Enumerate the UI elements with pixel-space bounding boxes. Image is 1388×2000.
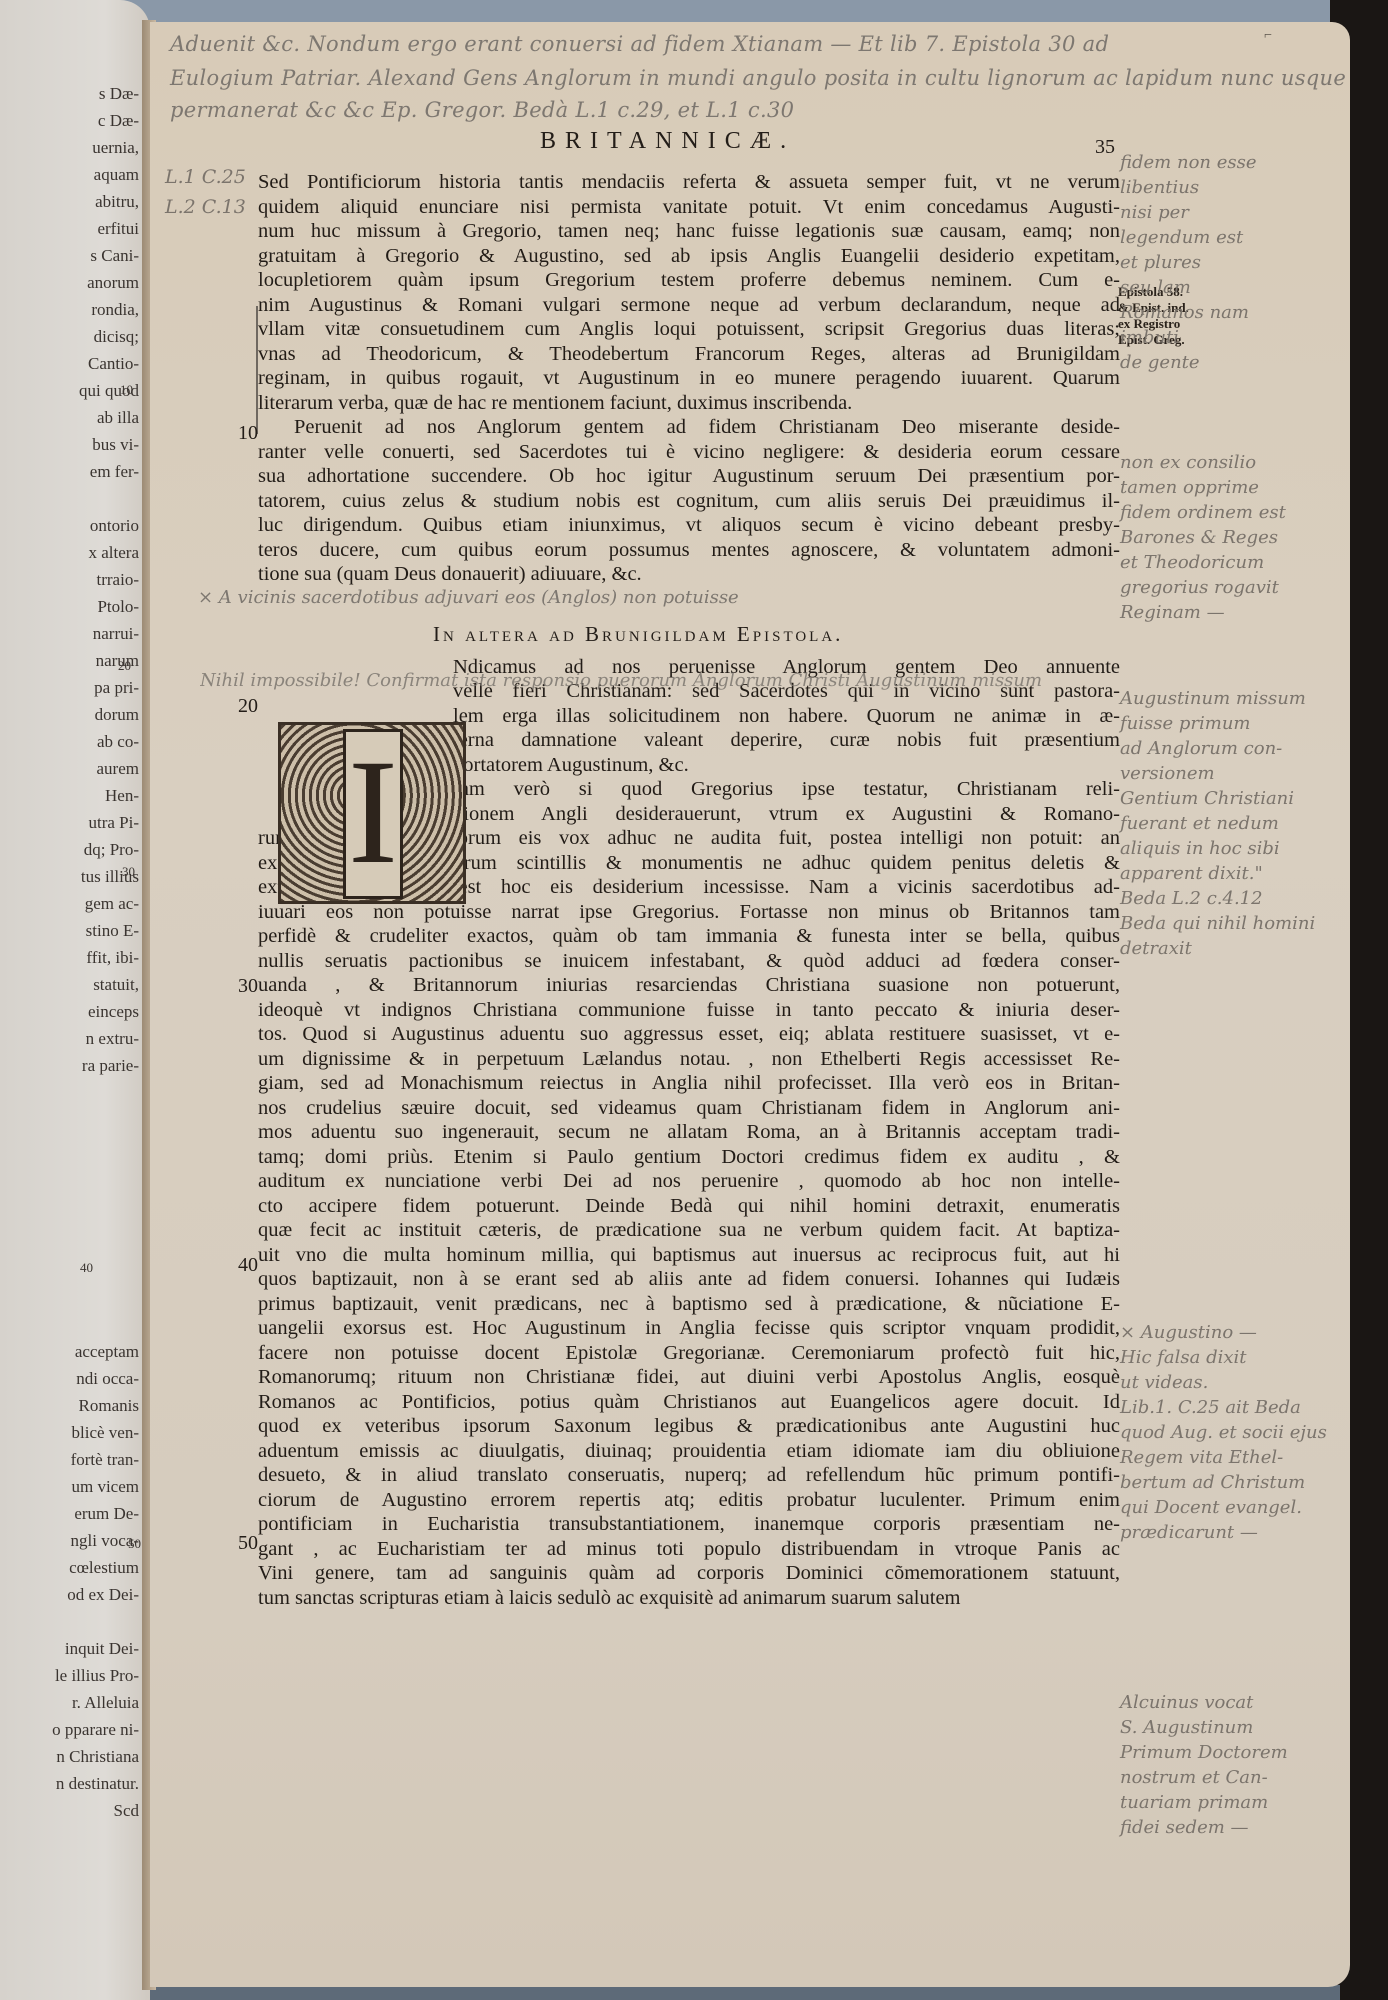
text-line: gem ac- [0,890,145,917]
text-line: reginam, in quibus rogauit, vt Augustinu… [258,366,1120,391]
text-line: S. Augustinum [1120,1715,1288,1740]
text-line: fortè tran- [0,1446,145,1473]
text-line: qui Docent evangel. [1120,1495,1327,1520]
text-line: Romanorumq; rituum non Christianæ fidei,… [258,1365,1120,1390]
text-line: anorum [0,269,145,296]
text-line: sua adhortatione succendere. Ob hoc igit… [258,464,1120,489]
text-line: tamen opprime [1120,475,1286,500]
text-line: acceptam [0,1338,145,1365]
text-line: prædicarunt — [1120,1520,1327,1545]
text-line: luc dirigendum. Quibus etiam iniunximus,… [258,513,1120,538]
text-line: n Christiana [0,1743,145,1770]
left-facing-page: s Dæ-c Dæ-uernia,aquamabitru,erfituis Ca… [0,0,150,2000]
text-line: tum sanctas scripturas etiam à laicis se… [258,1586,1120,1611]
left-page-text-bottom: acceptamndi occa-Romanisblicè ven-fortè … [0,1338,145,1824]
text-line: seu lam [1120,275,1257,300]
text-line: nos crudelius sæuire docuit, sed videamu… [258,1096,1120,1121]
text-line: dicisq; [0,323,145,350]
text-line: Romanis [0,1392,145,1419]
scan-background-top [0,0,1330,24]
line-number: 30 [238,975,258,998]
text-line: nim Augustinus & Romani vulgari sermone … [258,293,1120,318]
text-line: fuisse primum [1120,711,1315,736]
handwritten-right-margin-3: Augustinum missumfuisse primumad Angloru… [1120,686,1315,961]
text-line: dq; Pro- [0,836,145,863]
text-line: statuit, [0,971,145,998]
text-line: narrui- [0,620,145,647]
text-line: trraio- [0,566,145,593]
text-line: perfidè & crudeliter exactos, quàm ob ta… [258,924,1120,949]
text-line: ndi occa- [0,1365,145,1392]
text-line: tos. Quod si Augustinus aduentu suo aggr… [258,1022,1120,1047]
text-line: quæ fecit ac instituit cæteris, de prædi… [258,1218,1120,1243]
line-number: 20 [238,695,258,718]
text-line: aquam [0,161,145,188]
text-line: c Dæ- [0,107,145,134]
text-line: uernia, [0,134,145,161]
text-line: cto accipere fidem potuerunt. Deinde Bed… [258,1194,1120,1219]
text-line: Regem vita Ethel- [1120,1445,1327,1470]
text-line: libentius [1120,175,1257,200]
text-line: aduentum emissis ac diuulgatis, diuinaq;… [258,1439,1120,1464]
text-line: Romanos nam [1120,300,1257,325]
text-line: nisi per [1120,200,1257,225]
text-line: ut videas. [1120,1370,1327,1395]
text-line: nostrum et Can- [1120,1765,1288,1790]
text-line: quod ex veteribus ipsorum Saxonum legibu… [258,1414,1120,1439]
left-line-number: 10 [120,382,133,398]
handwritten-right-margin-5: Alcuinus vocatS. AugustinumPrimum Doctor… [1120,1690,1288,1840]
text-line: Scd [0,1797,145,1824]
text-line: teros ducere, cum quibus eorum possumus … [258,538,1120,563]
text-line: uanda , & Britannorum iniurias resarcien… [258,973,1120,998]
text-line: versionem [1120,761,1315,786]
text-line: ngli voca- [0,1527,145,1554]
text-line: uangelii exorsus est. Hoc Augustinum in … [258,1316,1120,1341]
text-line: nullis seruatis pactionibus se inuicem i… [258,949,1120,974]
text-line: Hen- [0,782,145,809]
text-line: Ptolo- [0,593,145,620]
handwritten-right-margin-2: non ex consiliotamen opprimefidem ordine… [1120,450,1286,625]
text-line: literarum verba, quæ de hac re mentionem… [258,391,1120,416]
handwritten-note-top-line-2: Eulogium Patriar. Alexand Gens Anglorum … [170,66,1346,90]
text-line: legendum est [1120,225,1257,250]
text-line: erfitui [0,215,145,242]
text-line: ontorio [0,512,145,539]
left-line-number: 30 [122,864,135,880]
text-line: utra Pi- [0,809,145,836]
text-line: fuerant et nedum [1120,811,1315,836]
text-line: ad Anglorum con- [1120,736,1315,761]
text-line: ra parie- [0,1052,145,1079]
text-line: Hic falsa dixit [1120,1345,1327,1370]
text-line: Barones & Reges [1120,525,1286,550]
text-line: stino E- [0,917,145,944]
text-line: abitru, [0,188,145,215]
line-number: 10 [238,422,258,445]
text-line: einceps [0,998,145,1025]
text-line: od ex Dei- [0,1581,145,1608]
text-line: fidem non esse [1120,150,1257,175]
left-page-text-top: s Dæ-c Dæ-uernia,aquamabitru,erfituis Ca… [0,80,145,1079]
text-line: num huc missum à Gregorio, tamen neq; ha… [258,219,1120,244]
text-line: pontificiam in Eucharistia transubstanti… [258,1512,1120,1537]
text-line: × Augustino — [1120,1320,1327,1345]
text-line: ab illa [0,404,145,431]
text-line: locupletiorem quàm ipsum Gregorium teste… [258,268,1120,293]
text-line: rondia, [0,296,145,323]
text-line: Reginam — [1120,600,1286,625]
text-line: Primum Doctorem [1120,1740,1288,1765]
text-line: bertum ad Christum [1120,1470,1327,1495]
line-number: 40 [238,1254,258,1277]
page-number: 35 [1095,136,1115,159]
handwritten-note-top-line-1: Aduenit &c. Nondum ergo erant conuersi a… [170,32,1109,56]
text-line: r. Alleluia [0,1689,145,1716]
text-line: quidem aliquid enunciare nisi permista v… [258,195,1120,220]
text-line: detraxit [1120,936,1315,961]
text-line: ffit, ibi- [0,944,145,971]
text-line: tuariam primam [1120,1790,1288,1815]
paragraph-1: Sed Pontificiorum historia tantis mendac… [258,170,1120,415]
text-line: Vini genere, tam ad sanguinis quàm ad co… [258,1561,1120,1586]
left-line-number: 50 [128,1536,141,1552]
text-line [0,485,145,512]
text-line: gregorius rogavit [1120,575,1286,600]
text-line: Lib.1. C.25 ait Beda [1120,1395,1327,1420]
text-line: pa pri- [0,674,145,701]
text-line: non ex consilio [1120,450,1286,475]
decorated-initial: I [278,722,466,904]
text-line: et Theodoricum [1120,550,1286,575]
text-line: de gente [1120,350,1257,375]
text-line: um vicem [0,1473,145,1500]
text-line: n destinatur. [0,1770,145,1797]
text-line: Augustinum missum [1120,686,1315,711]
text-line: ranter velle conuerti, sed Sacerdotes tu… [258,440,1120,465]
text-line: Beda L.2 c.4.12 [1120,886,1315,911]
text-line: Sed Pontificiorum historia tantis mendac… [258,170,1120,195]
text-line: Beda qui nihil homini [1120,911,1315,936]
text-line: blicè ven- [0,1419,145,1446]
text-line: imbuti [1120,325,1257,350]
handwritten-note-top-line-3: permanerat &c &c Ep. Gregor. Bedà L.1 c.… [170,98,990,122]
running-head: BRITANNICÆ. [540,128,795,155]
text-line: gratuitam à Gregorio & Augustino, sed ab… [258,244,1120,269]
left-line-number: 20 [118,658,131,674]
scan-background-bottom [140,1985,1340,2000]
section-heading: In altera ad Brunigildam Epistola. [258,613,1120,655]
text-line: Romanos ac Pontificios, potius quàm Chri… [258,1390,1120,1415]
text-line: fidem ordinem est [1120,500,1286,525]
text-line: aliquis in hoc sibi [1120,836,1315,861]
text-line: tatorem, cuius zelus & studium nobis est… [258,489,1120,514]
handwritten-ref-left-1: L.1 C.25 [165,166,246,188]
text-line: vnas ad Theodoricum, & Theodebertum Fran… [258,342,1120,367]
text-line: s Cani- [0,242,145,269]
text-line: Cantio- [0,350,145,377]
text-line: Peruenit ad nos Anglorum gentem ad fidem… [258,415,1120,440]
text-line: le illius Pro- [0,1662,145,1689]
text-line: ciorum de Augustino errorem repertis atq… [258,1488,1120,1513]
paragraph-2: Peruenit ad nos Anglorum gentem ad fidem… [258,415,1120,587]
text-line: em fer- [0,458,145,485]
text-line: uit vno die multa hominum millia, qui ba… [258,1243,1120,1268]
drop-cap-letter: I [343,729,403,899]
text-line: ideoquè vt indignos Christiana communion… [258,998,1120,1023]
text-line: bus vi- [0,431,145,458]
text-line [0,1608,145,1635]
text-line: quod Aug. et socii ejus [1120,1420,1327,1445]
text-line: tamq; domi priùs. Etenim si Paulo gentiu… [258,1145,1120,1170]
handwritten-right-margin-4: × Augustino —Hic falsa dixitut videas.Li… [1120,1320,1327,1545]
text-line: inquit Dei- [0,1635,145,1662]
text-line: um dignissime & in perpetuum Lælandus no… [258,1047,1120,1072]
text-line: n extru- [0,1025,145,1052]
text-line: cœlestium [0,1554,145,1581]
text-line: erum De- [0,1500,145,1527]
text-line: giam, sed ad Monachismum reiectus in Ang… [258,1071,1120,1096]
text-line: et plures [1120,250,1257,275]
text-line: tione sua (quam Deus donauerit) adiuuare… [258,562,1120,587]
left-line-number: 40 [80,1260,93,1276]
text-line: primus baptizauit, venit prædicans, nec … [258,1292,1120,1317]
text-line: x altera [0,539,145,566]
text-line: aurem [0,755,145,782]
text-line: auditum ex nunciatione verbi Dei ad nos … [258,1169,1120,1194]
text-line: Gentium Christiani [1120,786,1315,811]
handwritten-ref-left-2: L.2 C.13 [165,196,246,218]
handwritten-right-margin-1: fidem non esselibentiusnisi perlegendum … [1120,150,1257,375]
text-line: vllam vitæ consuetudinem cum Anglis loqu… [258,317,1120,342]
text-line: quos baptizauit, non à se erant sed ab a… [258,1267,1120,1292]
text-line: apparent dixit." [1120,861,1315,886]
text-line: facere non potuisse docent Epistolæ Greg… [258,1341,1120,1366]
text-line: gant , ac Eucharistiam ter ad minus toti… [258,1537,1120,1562]
text-line: fidei sedem — [1120,1815,1288,1840]
handwritten-note-above-heading: × A vicinis sacerdotibus adjuvari eos (A… [198,587,1060,613]
text-line: s Dæ- [0,80,145,107]
line-number: 50 [238,1532,258,1555]
text-line: Alcuinus vocat [1120,1690,1288,1715]
text-line: o pparare ni- [0,1716,145,1743]
corner-mark: ⌐ [1264,28,1272,44]
text-line: desueto, & in aliud translato conseruati… [258,1463,1120,1488]
text-line: ab co- [0,728,145,755]
text-line: mos aduentu suo ingenerauit, secum ne al… [258,1120,1120,1145]
text-line: dorum [0,701,145,728]
